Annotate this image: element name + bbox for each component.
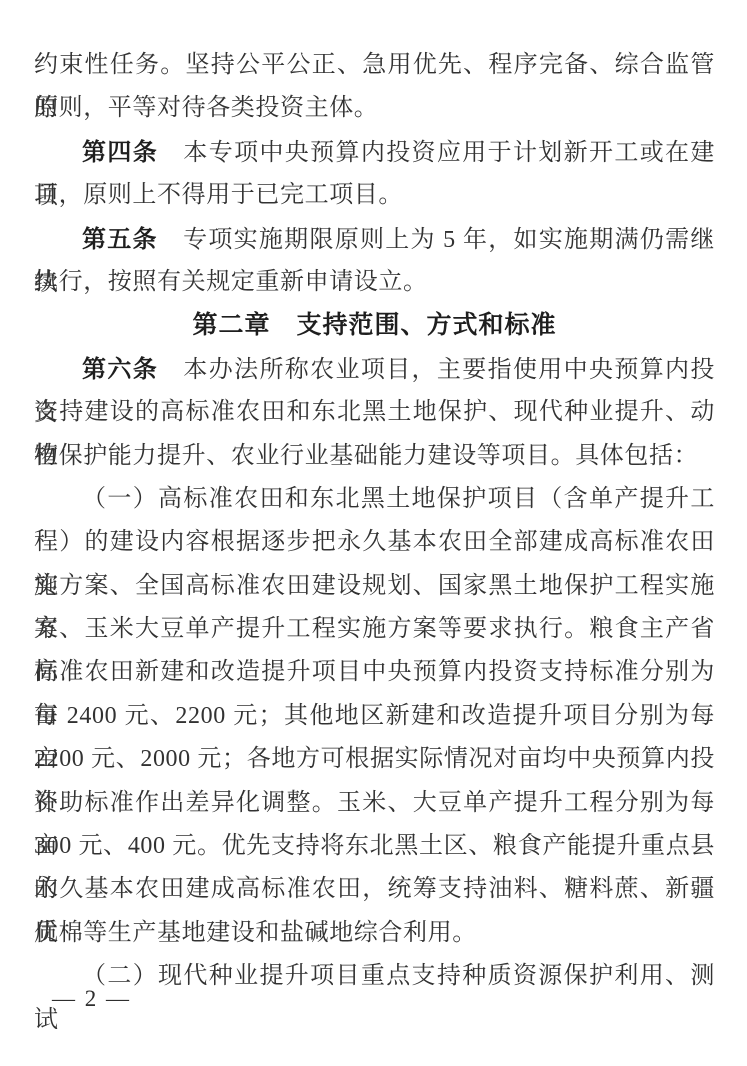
text-line: 亩 2400 元、2200 元；其他地区新建和改造提升项目分别为每亩 xyxy=(34,695,715,738)
document-body: 约束性任务。坚持公平公正、急用优先、程序完备、综合监管的原则，平等对待各类投资主… xyxy=(34,44,715,999)
text-line: 质棉等生产基地建设和盐碱地综合利用。 xyxy=(34,912,715,955)
text-line: 第六条 本办法所称农业项目，主要指使用中央预算内投资 xyxy=(34,348,715,391)
article-label: 第五条 xyxy=(82,226,158,253)
text-run: （一）高标准农田和东北黑土地保护项目（含单产提升工 xyxy=(82,486,715,512)
text-line: 原则，平等对待各类投资主体。 xyxy=(34,87,715,130)
text-run: 质棉等生产基地建设和盐碱地综合利用。 xyxy=(34,920,477,946)
article-label: 第六条 xyxy=(82,356,158,383)
article-label: 第四条 xyxy=(82,139,158,166)
chapter-heading: 第二章 支持范围、方式和标准 xyxy=(34,304,715,347)
text-line: 第四条 本专项中央预算内投资应用于计划新开工或在建项 xyxy=(34,131,715,174)
page-number: — 2 — xyxy=(52,986,131,1012)
text-line: 永久基本农田建成高标准农田，统筹支持油料、糖料蔗、新疆优 xyxy=(34,868,715,911)
text-line: 2200 元、2000 元；各地方可根据实际情况对亩均中央预算内投资 xyxy=(34,738,715,781)
text-line: 标准农田新建和改造提升项目中央预算内投资支持标准分别为每 xyxy=(34,651,715,694)
article-label: 第二章 支持范围、方式和标准 xyxy=(192,311,556,339)
text-line: 执行，按照有关规定重新申请设立。 xyxy=(34,261,715,304)
text-run: 执行，按照有关规定重新申请设立。 xyxy=(34,269,428,295)
text-run: 目，原则上不得用于已完工项目。 xyxy=(34,182,403,208)
text-line: 支持建设的高标准农田和东北黑土地保护、现代种业提升、动植 xyxy=(34,391,715,434)
text-line: 施方案、全国高标准农田建设规划、国家黑土地保护工程实施方 xyxy=(34,565,715,608)
text-line: （二）现代种业提升项目重点支持种质资源保护利用、测试 xyxy=(34,955,715,998)
text-line: 案、玉米大豆单产提升工程实施方案等要求执行。粮食主产省高 xyxy=(34,608,715,651)
text-run: （二）现代种业提升项目重点支持种质资源保护利用、测试 xyxy=(34,963,715,1032)
text-run: 物保护能力提升、农业行业基础能力建设等项目。具体包括： xyxy=(34,443,698,469)
text-line: 补助标准作出差异化调整。玉米、大豆单产提升工程分别为每亩 xyxy=(34,782,715,825)
text-run: 原则，平等对待各类投资主体。 xyxy=(34,95,378,121)
text-line: 300 元、400 元。优先支持将东北黑土区、粮食产能提升重点县的 xyxy=(34,825,715,868)
text-line: 物保护能力提升、农业行业基础能力建设等项目。具体包括： xyxy=(34,435,715,478)
text-line: （一）高标准农田和东北黑土地保护项目（含单产提升工 xyxy=(34,478,715,521)
text-line: 约束性任务。坚持公平公正、急用优先、程序完备、综合监管的 xyxy=(34,44,715,87)
document-page: 约束性任务。坚持公平公正、急用优先、程序完备、综合监管的原则，平等对待各类投资主… xyxy=(0,0,747,1066)
text-line: 目，原则上不得用于已完工项目。 xyxy=(34,174,715,217)
text-line: 第五条 专项实施期限原则上为 5 年，如实施期满仍需继续 xyxy=(34,218,715,261)
text-line: 程）的建设内容根据逐步把永久基本农田全部建成高标准农田实 xyxy=(34,521,715,564)
